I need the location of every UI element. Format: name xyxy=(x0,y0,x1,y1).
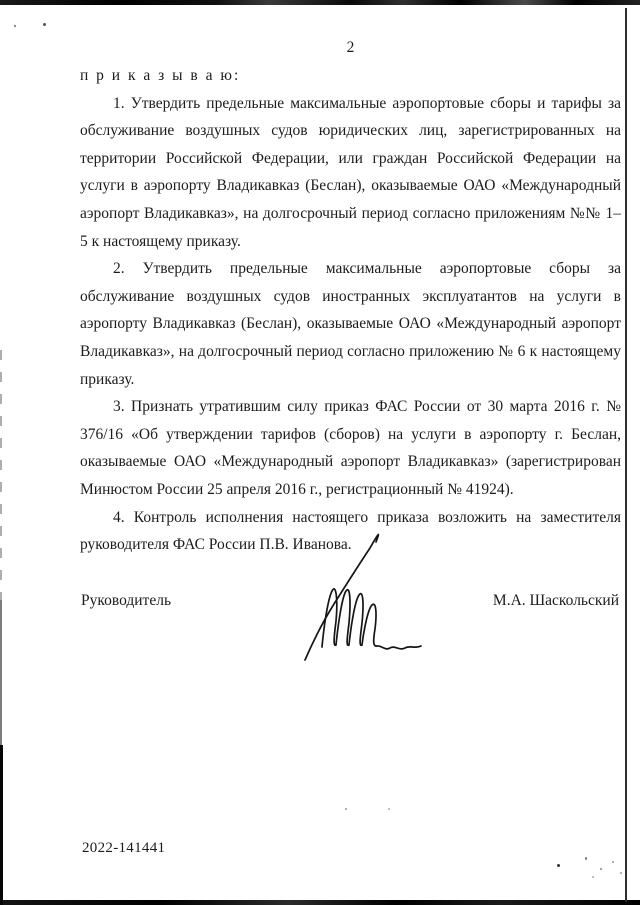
scan-artifact-top-bar xyxy=(0,0,640,5)
signatory-name: М.А. Шаскольский xyxy=(493,592,619,610)
page-number: 2 xyxy=(80,39,621,57)
paragraph-3: 3. Признать утратившим силу приказ ФАС Р… xyxy=(80,393,621,503)
scan-speck xyxy=(43,23,46,26)
scan-speck xyxy=(612,861,614,863)
scan-speck xyxy=(388,808,390,810)
signatory-title: Руководитель xyxy=(81,592,171,610)
doc-id: 2022-141441 xyxy=(82,840,165,857)
decree-verb: п р и к а з ы в а ю: xyxy=(80,62,621,90)
scan-speck xyxy=(585,857,587,860)
paragraph-2: 2. Утвердить предельные максимальные аэр… xyxy=(80,255,621,393)
scan-speck xyxy=(345,808,347,810)
document-page: 2 п р и к а з ы в а ю: 1. Утвердить пред… xyxy=(0,0,640,905)
scan-artifact-right-edge xyxy=(625,8,627,902)
paragraph-1: 1. Утвердить предельные максимальные аэр… xyxy=(80,90,621,256)
scan-artifact-left-edge-gray xyxy=(0,600,2,745)
scan-speck xyxy=(14,25,16,27)
scan-speck xyxy=(557,864,560,867)
scan-artifact-bottom-bar xyxy=(0,900,640,905)
scan-speck xyxy=(592,876,594,878)
scan-speck xyxy=(600,868,602,870)
scan-artifact-left-edge-black xyxy=(0,745,3,905)
signature-handwriting-icon xyxy=(292,526,432,668)
document-body: п р и к а з ы в а ю: 1. Утвердить предел… xyxy=(80,62,621,559)
scan-speck xyxy=(620,872,622,874)
scan-artifact-left-edge-dashed xyxy=(0,350,2,600)
